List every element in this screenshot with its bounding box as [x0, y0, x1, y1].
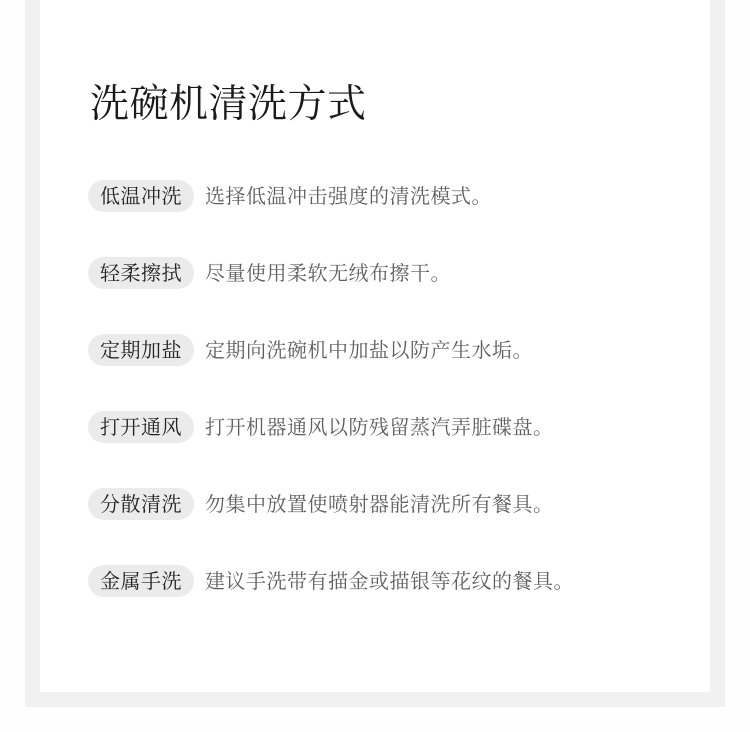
tip-badge: 分散清洗 — [88, 488, 194, 520]
page-title: 洗碗机清洗方式 — [90, 82, 367, 128]
tip-item-ventilate: 打开通风 打开机器通风以防残留蒸汽弄脏碟盘。 — [88, 411, 574, 443]
tip-item-low-temp-rinse: 低温冲洗 选择低温冲击强度的清洗模式。 — [88, 180, 574, 212]
tip-item-gentle-wipe: 轻柔擦拭 尽量使用柔软无绒布擦干。 — [88, 257, 574, 289]
tip-item-hand-wash-metal: 金属手洗 建议手洗带有描金或描银等花纹的餐具。 — [88, 565, 574, 597]
tip-description: 勿集中放置使喷射器能清洗所有餐具。 — [205, 488, 554, 520]
tip-description: 选择低温冲击强度的清洗模式。 — [205, 180, 492, 212]
outer-frame: 洗碗机清洗方式 低温冲洗 选择低温冲击强度的清洗模式。 轻柔擦拭 尽量使用柔软无… — [25, 0, 725, 707]
tip-badge: 金属手洗 — [88, 565, 194, 597]
tip-description: 定期向洗碗机中加盐以防产生水垢。 — [205, 334, 533, 366]
tip-item-add-salt: 定期加盐 定期向洗碗机中加盐以防产生水垢。 — [88, 334, 574, 366]
tip-description: 尽量使用柔软无绒布擦干。 — [205, 257, 451, 289]
tip-description: 建议手洗带有描金或描银等花纹的餐具。 — [205, 565, 574, 597]
tip-badge: 低温冲洗 — [88, 180, 194, 212]
tip-badge: 轻柔擦拭 — [88, 257, 194, 289]
cleaning-tips-list: 低温冲洗 选择低温冲击强度的清洗模式。 轻柔擦拭 尽量使用柔软无绒布擦干。 定期… — [88, 180, 574, 642]
tip-item-spread-out: 分散清洗 勿集中放置使喷射器能清洗所有餐具。 — [88, 488, 574, 520]
tip-badge: 打开通风 — [88, 411, 194, 443]
tip-badge: 定期加盐 — [88, 334, 194, 366]
content-panel: 洗碗机清洗方式 低温冲洗 选择低温冲击强度的清洗模式。 轻柔擦拭 尽量使用柔软无… — [40, 0, 710, 692]
tip-description: 打开机器通风以防残留蒸汽弄脏碟盘。 — [205, 411, 554, 443]
